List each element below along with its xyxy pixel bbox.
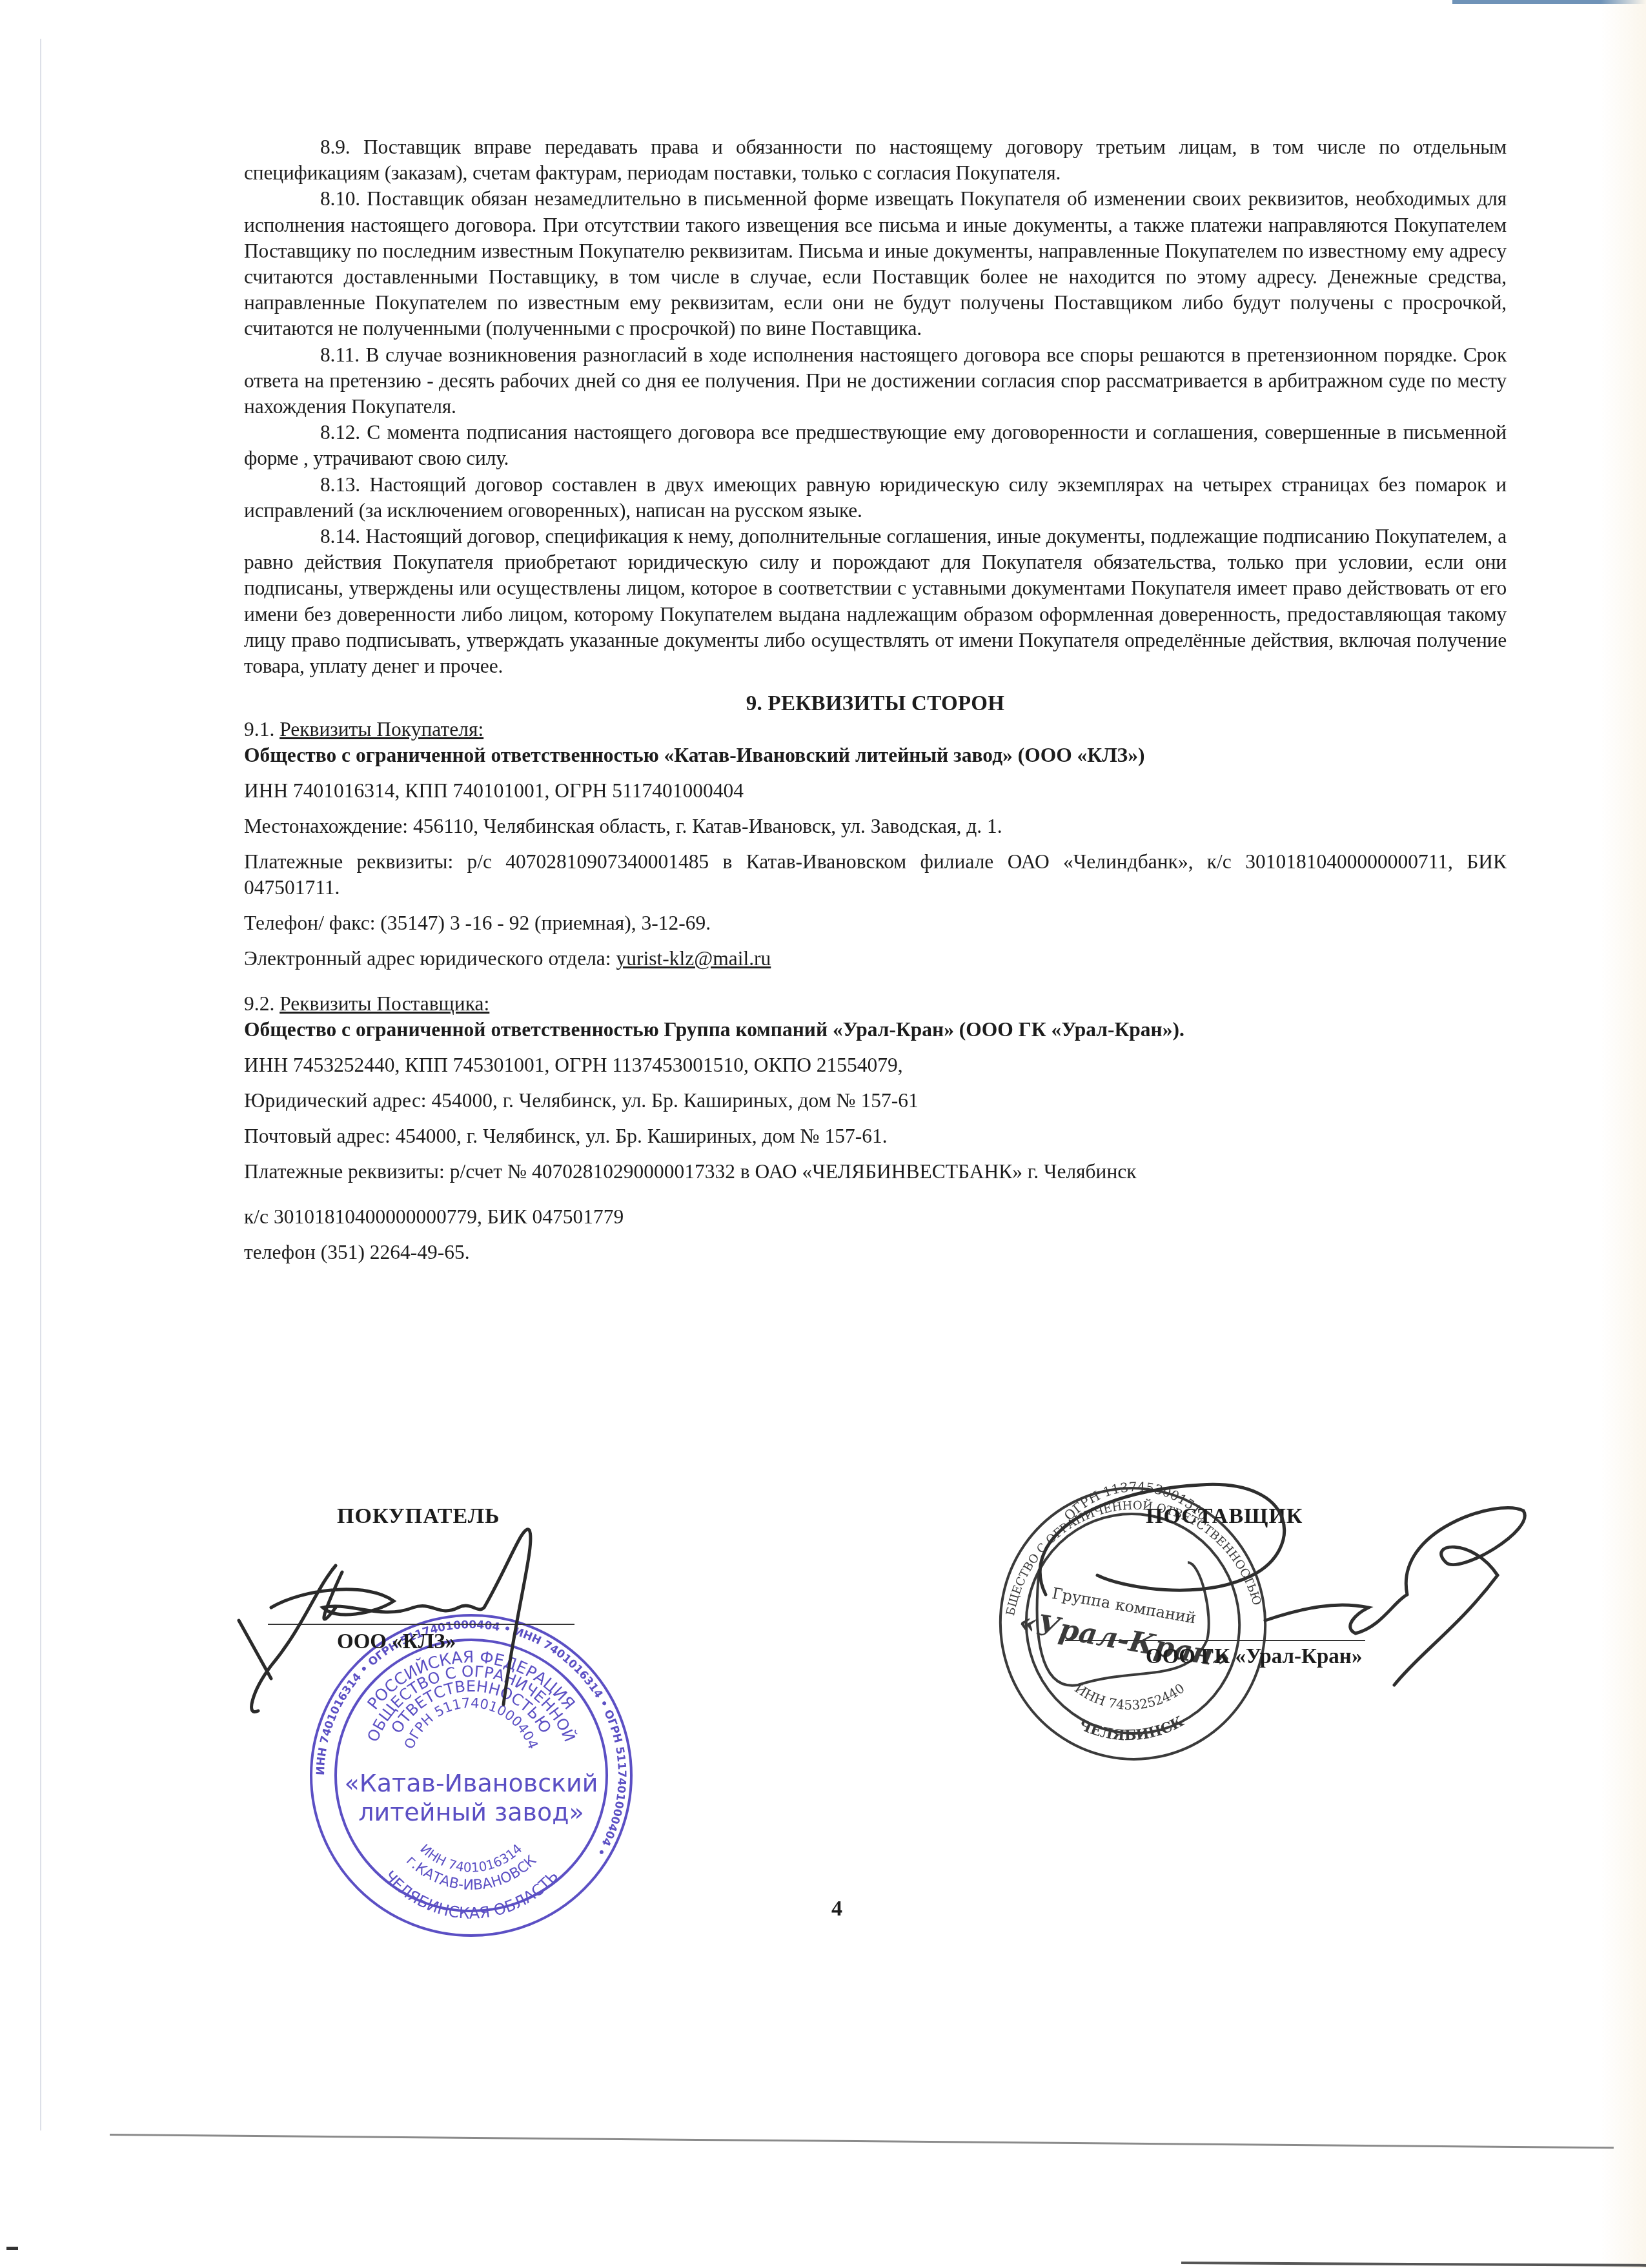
buyer-email-link[interactable]: yurist-klz@mail.ru [616,947,771,970]
supplier-ids: ИНН 7453252440, КПП 745301001, ОГРН 1137… [244,1052,1507,1078]
buyer-heading-number: 9.1. [244,718,279,741]
scan-bottom-artifact [1181,2262,1646,2267]
buyer-stamp-center-1: «Катав-Ивановский [345,1769,598,1797]
supplier-corr-account: к/с 30101810400000000779, БИК 047501779 [244,1204,1507,1230]
buyer-email-label: Электронный адрес юридического отдела: [244,947,616,970]
buyer-heading-label: Реквизиты Покупателя: [279,718,483,741]
supplier-legal-address: Юридический адрес: 454000, г. Челябинск,… [244,1088,1507,1114]
buyer-name: Общество с ограниченной ответственностью… [244,742,1507,768]
svg-text:ЧЕЛЯБИНСКАЯ ОБЛАСТЬ: ЧЕЛЯБИНСКАЯ ОБЛАСТЬ [380,1867,562,1923]
buyer-ids: ИНН 7401016314, КПП 740101001, ОГРН 5117… [244,778,1507,804]
supplier-signature-icon [1007,1382,1536,1691]
supplier-heading-number: 9.2. [244,992,279,1015]
section-title-requisites: 9. РЕКВИЗИТЫ СТОРОН [244,691,1507,717]
buyer-email-line: Электронный адрес юридического отдела: y… [244,946,1507,972]
supplier-stamp-bottom-arc: ЧЕЛЯБИНСК [1076,1713,1187,1744]
supplier-name: Общество с ограниченной ответственностью… [244,1017,1507,1043]
buyer-phone: Телефон/ факс: (35147) 3 -16 - 92 (прием… [244,910,1507,936]
clause-8-11: 8.11. В случае возникновения разногласий… [244,342,1507,420]
buyer-requisites: 9.1. Реквизиты Покупателя: Общество с ог… [244,717,1507,972]
clause-8-9: 8.9. Поставщик вправе передавать права и… [244,134,1507,186]
clause-8-14: 8.14. Настоящий договор, спецификация к … [244,524,1507,679]
supplier-heading: 9.2. Реквизиты Поставщика: [244,991,1507,1017]
scan-corner-artifact [6,2247,18,2250]
supplier-requisites: 9.2. Реквизиты Поставщика: Общество с ог… [244,991,1507,1265]
document-body: 8.9. Поставщик вправе передавать права и… [244,134,1507,1265]
supplier-postal-address: Почтовый адрес: 454000, г. Челябинск, ул… [244,1123,1507,1149]
scan-bottom-line [110,2134,1614,2149]
page-number: 4 [831,1897,842,1921]
supplier-phone: телефон (351) 2264-49-65. [244,1240,1507,1265]
buyer-payment: Платежные реквизиты: р/с 407028109073400… [244,849,1507,901]
signature-block: ИНН 7401016314 • ОГРН 5117401000404 • ИН… [0,1478,1646,1930]
buyer-heading: 9.1. Реквизиты Покупателя: [244,717,1507,742]
clause-8-13: 8.13. Настоящий договор составлен в двух… [244,472,1507,524]
buyer-location: Местонахождение: 456110, Челябинская обл… [244,813,1507,839]
svg-text:ЧЕЛЯБИНСК: ЧЕЛЯБИНСК [1076,1713,1187,1744]
clause-8-10: 8.10. Поставщик обязан незамедлительно в… [244,186,1507,342]
buyer-signature-icon [226,1511,587,1724]
supplier-heading-label: Реквизиты Поставщика: [279,992,489,1015]
supplier-payment: Платежные реквизиты: р/счет № 4070281029… [244,1159,1507,1185]
buyer-stamp-low-3: ЧЕЛЯБИНСКАЯ ОБЛАСТЬ [380,1867,562,1923]
buyer-stamp-center-2: литейный завод» [358,1798,584,1826]
clause-8-12: 8.12. С момента подписания настоящего до… [244,420,1507,471]
